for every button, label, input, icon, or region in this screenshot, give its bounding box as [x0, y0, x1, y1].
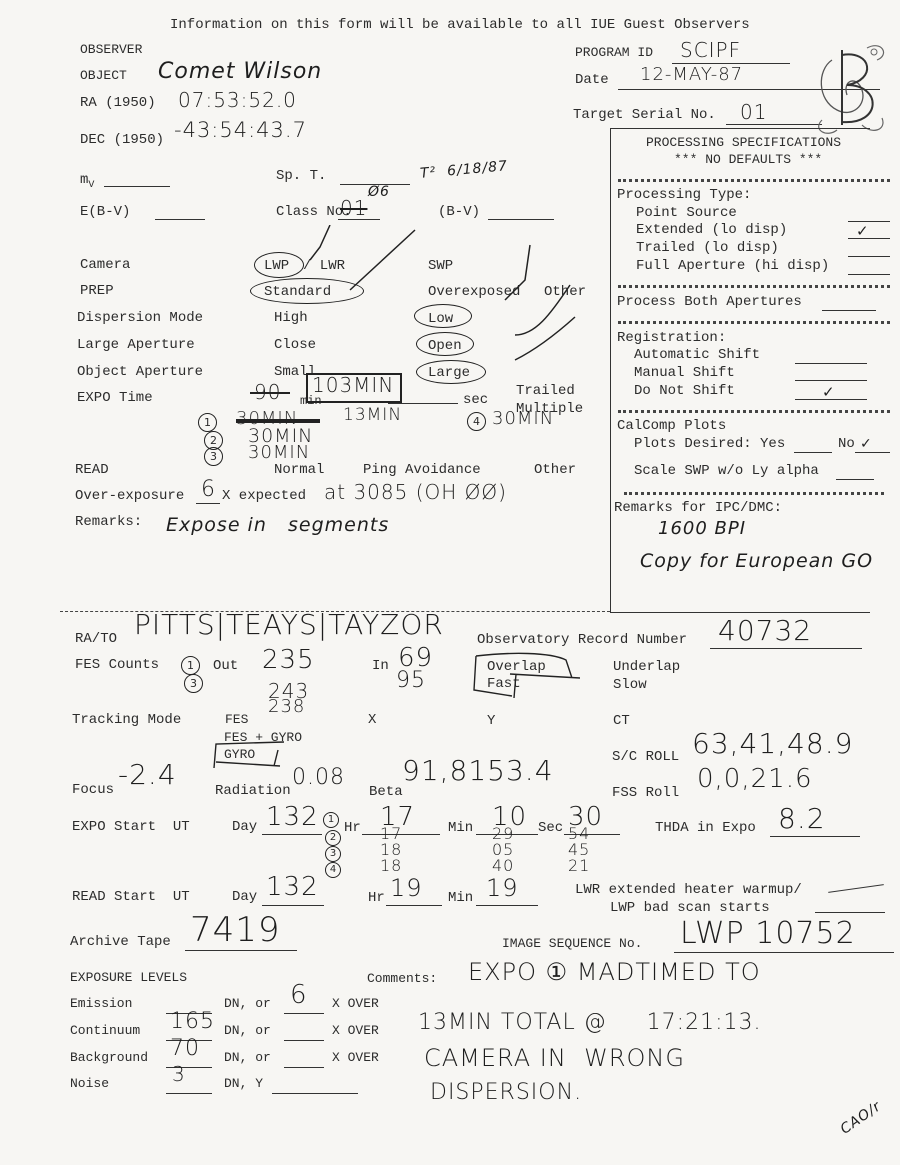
tracking-mode-label: Tracking Mode [72, 712, 181, 728]
date-label: Date [575, 72, 609, 88]
remarks-value[interactable]: Expose in segments [166, 514, 389, 536]
segment-4-value[interactable]: 30MIN [492, 408, 554, 429]
processing-subtitle: *** NO DEFAULTS *** [674, 152, 822, 167]
comment-line-4[interactable]: DISPERSION. [430, 1080, 582, 1105]
object-value[interactable]: Comet Wilson [158, 59, 322, 84]
segment-1-marker: 1 [198, 413, 217, 432]
trailed-label: Trailed [516, 383, 575, 399]
t2-annotation: T² 6/18/87 [419, 158, 508, 182]
expo-day-blank [262, 834, 322, 835]
read-min-label: Min [448, 890, 473, 906]
prep-label: PREP [80, 283, 114, 299]
check-mark-icon: ✓ [822, 383, 835, 401]
ra-to-label: RA/TO [75, 631, 117, 647]
selection-circle [470, 650, 580, 702]
separator-dots [624, 492, 884, 495]
check-mark-icon: ✓ [856, 222, 869, 240]
noise-label: Noise [70, 1076, 109, 1091]
exposure-row-over-blank [284, 1067, 324, 1068]
plots-desired-label: Plots Desired: Yes [634, 436, 785, 452]
expo-time-label: EXPO Time [77, 390, 153, 406]
read-start-day[interactable]: 132 [266, 872, 319, 902]
exposure-row-dn-label: DN, or [224, 1050, 271, 1065]
dispersion-label: Dispersion Mode [77, 310, 203, 326]
calcomp-label: CalComp Plots [617, 418, 726, 434]
fss-roll-label: FSS Roll [612, 785, 679, 801]
expo-row-4-marker: 4 [325, 862, 341, 878]
exposure-row-over-blank [284, 1040, 324, 1041]
x-label: X [368, 712, 376, 728]
record-number-value[interactable]: 40732 [718, 614, 812, 647]
segment-4-marker: 4 [467, 412, 486, 431]
separator-dots [618, 285, 890, 288]
ptype-point-source: Point Source [636, 205, 737, 221]
form-notice: Information on this form will be availab… [170, 17, 750, 33]
processing-left-border [610, 128, 611, 613]
y-label: Y [487, 713, 495, 729]
mv-sub: V [88, 180, 94, 191]
exposure-row-dn-value[interactable]: 70 [170, 1036, 200, 1061]
fes-out-1[interactable]: 235 [262, 645, 315, 675]
expo-min-label: Min [448, 820, 473, 836]
fes-out-label: Out [213, 658, 238, 674]
read-start-label: READ Start UT [72, 889, 190, 905]
exposure-row-over-label: X OVER [332, 996, 379, 1011]
expo-start-day-label: Day [232, 819, 257, 835]
remarks-label: Remarks: [75, 514, 142, 530]
ra-to-value[interactable]: PITTS|TEAYS|TAYZOR [134, 608, 444, 641]
comments-label: Comments: [367, 971, 437, 986]
read-start-hr[interactable]: 19 [390, 874, 423, 902]
read-start-day-label: Day [232, 889, 257, 905]
reg-do-not-shift: Do Not Shift [634, 383, 735, 399]
strike-line [236, 419, 320, 423]
underlap-label[interactable]: Underlap [613, 659, 680, 675]
expo-row-4-hr[interactable]: 18 [380, 856, 402, 875]
target-serial-value[interactable]: 01 [740, 100, 767, 124]
thda-value[interactable]: 8.2 [778, 802, 826, 835]
read-normal[interactable]: Normal [274, 462, 324, 478]
noise-y-blank[interactable] [272, 1093, 358, 1094]
object-aperture-label: Object Aperture [77, 364, 203, 380]
ebv-blank[interactable] [155, 219, 205, 220]
comment-line-1[interactable]: EXPO ① MADTIMED TO [468, 958, 761, 986]
exposure-row-label: Emission [70, 996, 132, 1011]
both-apertures-blank[interactable] [822, 310, 876, 311]
radiation-value[interactable]: 0.08 [292, 765, 345, 790]
ptype-trailed-blank[interactable] [848, 256, 890, 257]
large-aperture-label: Large Aperture [77, 337, 195, 353]
fes-out-3[interactable]: 238 [268, 696, 305, 717]
camera-label: Camera [80, 257, 130, 273]
segment-3-value[interactable]: 30MIN [248, 442, 310, 463]
expo-start-label: EXPO Start UT [72, 819, 190, 835]
archive-tape-underline [185, 950, 297, 951]
mv-blank[interactable] [104, 186, 170, 187]
read-hr-label: Hr [368, 890, 385, 906]
mv-label: mV [80, 172, 94, 191]
ebv-label: E(B-V) [80, 204, 130, 220]
observer-label: OBSERVER [80, 42, 142, 57]
ptype-trailed: Trailed (lo disp) [636, 240, 779, 256]
processing-type-label: Processing Type: [617, 187, 751, 203]
image-sequence-label: IMAGE SEQUENCE No. [502, 936, 642, 951]
overexposure-label: Over-exposure [75, 488, 184, 504]
ipc-remarks-label: Remarks for IPC/DMC: [614, 500, 782, 516]
read-label: READ [75, 462, 109, 478]
ct-label: CT [613, 713, 630, 729]
initials: CAO/r [838, 1098, 885, 1137]
processing-title: PROCESSING SPECIFICATIONS [646, 135, 841, 150]
plots-no-label: No [838, 436, 855, 452]
ra-label: RA (1950) [80, 95, 156, 111]
exposure-row-label: Background [70, 1050, 148, 1065]
image-sequence-value[interactable]: LWP 10752 [680, 916, 856, 951]
bv-label: (B-V) [438, 204, 480, 220]
ptype-extended: Extended (lo disp) [636, 222, 787, 238]
sc-roll-label: S/C ROLL [612, 749, 679, 765]
bv-blank[interactable] [488, 219, 554, 220]
read-start-min[interactable]: 19 [486, 874, 519, 902]
read-other[interactable]: Other [534, 462, 576, 478]
expo-sec-blank[interactable] [388, 403, 458, 404]
lwp-bad-scan-blank[interactable] [815, 912, 885, 913]
fes-in-2[interactable]: 95 [396, 668, 426, 693]
expo-time-boxed-value[interactable]: 103MIN [312, 373, 394, 397]
class-correction: Ø6 [368, 184, 390, 200]
dec-value[interactable]: -43:54:43.7 [174, 118, 307, 142]
fes-in-label: In [372, 658, 389, 674]
tracking-selection-mark [200, 740, 290, 770]
comment-line-3[interactable]: CAMERA IN WRONG [424, 1044, 685, 1072]
fes-counts-label: FES Counts [75, 657, 159, 673]
exposure-row-over-label: X OVER [332, 1050, 379, 1065]
expo-row-3-marker: 3 [325, 846, 341, 862]
noise-dn-blank [166, 1093, 212, 1094]
date-value[interactable]: 12-MAY-87 [640, 64, 743, 85]
thda-label: THDA in Expo [655, 820, 756, 836]
expo-sec-label: sec [463, 392, 488, 408]
plots-no-blank[interactable] [855, 452, 890, 453]
archive-tape-value[interactable]: 7419 [190, 910, 281, 950]
focus-value[interactable]: -2.4 [118, 758, 177, 791]
program-id-value[interactable]: SCIPF [680, 38, 741, 62]
class-blank [338, 219, 380, 220]
expo-start-day[interactable]: 132 [266, 802, 319, 832]
overexposure-note[interactable]: at 3085 (OH ØØ) [324, 480, 507, 504]
noise-dn-label: DN, Y [224, 1076, 263, 1091]
reg-manual-shift: Manual Shift [634, 365, 735, 381]
image-sequence-underline [674, 952, 894, 953]
scale-swp-label: Scale SWP w/o Ly alpha [634, 463, 819, 479]
exposure-row-over-value[interactable]: 6 [290, 980, 308, 1010]
scale-swp-blank[interactable] [836, 479, 874, 480]
expo-hr-label: Hr [344, 820, 361, 836]
ra-value[interactable]: 07:53:52.0 [178, 88, 297, 112]
registration-label: Registration: [617, 330, 726, 346]
exposure-row-dn-label: DN, or [224, 996, 271, 1011]
expo-row-4-sec[interactable]: 21 [568, 856, 590, 875]
reg-manual-blank[interactable] [795, 380, 867, 381]
expo-row-2-marker: 2 [325, 830, 341, 846]
reg-automatic-blank[interactable] [795, 363, 867, 364]
beta-value[interactable]: 91,8153.4 [402, 754, 554, 787]
read-day-blank [262, 905, 324, 906]
program-id-label: PROGRAM ID [575, 45, 653, 60]
ptype-extended-blank[interactable] [848, 238, 890, 239]
lwr-heater-label: LWR extended heater warmup/ [575, 882, 802, 898]
plots-yes-blank[interactable] [794, 452, 832, 453]
read-ping-avoidance[interactable]: Ping Avoidance [363, 462, 481, 478]
thda-underline [770, 836, 860, 837]
check-mark-icon: ✓ [860, 436, 872, 452]
slow-label[interactable]: Slow [613, 677, 647, 693]
lwp-bad-scan-label: LWP bad scan starts [610, 900, 770, 916]
separator-dots [618, 179, 890, 182]
strike-line [250, 392, 290, 394]
tracking-fes[interactable]: FES [225, 712, 248, 727]
overexposure-value[interactable]: 6 [201, 477, 216, 502]
noise-dn-value[interactable]: 3 [172, 1062, 186, 1086]
ipc-remarks-line-2[interactable]: Copy for European GO [640, 550, 873, 572]
separator-dots [618, 410, 890, 413]
segment-1-value[interactable]: 13MIN [343, 405, 402, 425]
overexposure-blank [196, 503, 220, 504]
both-apertures-label: Process Both Apertures [617, 294, 802, 310]
expo-row-1-marker: 1 [323, 812, 339, 828]
target-serial-underline [726, 124, 822, 125]
ornament-logo-icon [812, 40, 892, 140]
expo-sec-label: Sec [538, 820, 563, 836]
separator-dots [618, 321, 890, 324]
fes-marker-1: 1 [181, 656, 200, 675]
read-hr-blank [386, 905, 442, 906]
processing-top-border [610, 128, 870, 129]
focus-label: Focus [72, 782, 114, 798]
sp-t-label: Sp. T. [276, 168, 326, 184]
record-number-label: Observatory Record Number [477, 632, 687, 648]
read-min-blank [476, 905, 538, 906]
fss-roll-value[interactable]: 0,0,21.6 [697, 764, 813, 794]
ptype-point-source-blank[interactable] [848, 221, 890, 222]
segment-3-marker: 3 [204, 447, 223, 466]
class-value[interactable]: 01 [340, 196, 367, 220]
exposure-row-over-blank [284, 1013, 324, 1014]
exposure-row-over-label: X OVER [332, 1023, 379, 1038]
sc-roll-value[interactable]: 63,41,48.9 [692, 727, 853, 760]
exposure-levels-title: EXPOSURE LEVELS [70, 970, 187, 985]
ptype-full-aperture: Full Aperture (hi disp) [636, 258, 829, 274]
lwr-heater-blank[interactable] [828, 884, 884, 893]
exposure-row-dn-value[interactable]: 165 [170, 1009, 215, 1034]
ptype-full-aperture-blank[interactable] [848, 274, 890, 275]
reg-automatic-shift: Automatic Shift [634, 347, 760, 363]
comment-line-2[interactable]: 13MIN TOTAL @ 17:21:13. [418, 1010, 761, 1035]
exposure-row-dn-label: DN, or [224, 1023, 271, 1038]
processing-bottom-border [610, 612, 870, 613]
expo-row-4-min[interactable]: 40 [492, 856, 514, 875]
overexposure-suffix: X expected [222, 488, 306, 504]
beta-label: Beta [369, 784, 403, 800]
record-number-underline [710, 648, 862, 649]
exposure-row-label: Continuum [70, 1023, 140, 1038]
archive-tape-label: Archive Tape [70, 934, 171, 950]
fes-marker-3: 3 [184, 674, 203, 693]
ipc-remarks-line-1[interactable]: 1600 BPI [658, 518, 746, 539]
dec-label: DEC (1950) [80, 132, 164, 148]
target-serial-label: Target Serial No. [573, 107, 716, 123]
object-label: OBJECT [80, 68, 127, 83]
radiation-label: Radiation [215, 783, 291, 799]
